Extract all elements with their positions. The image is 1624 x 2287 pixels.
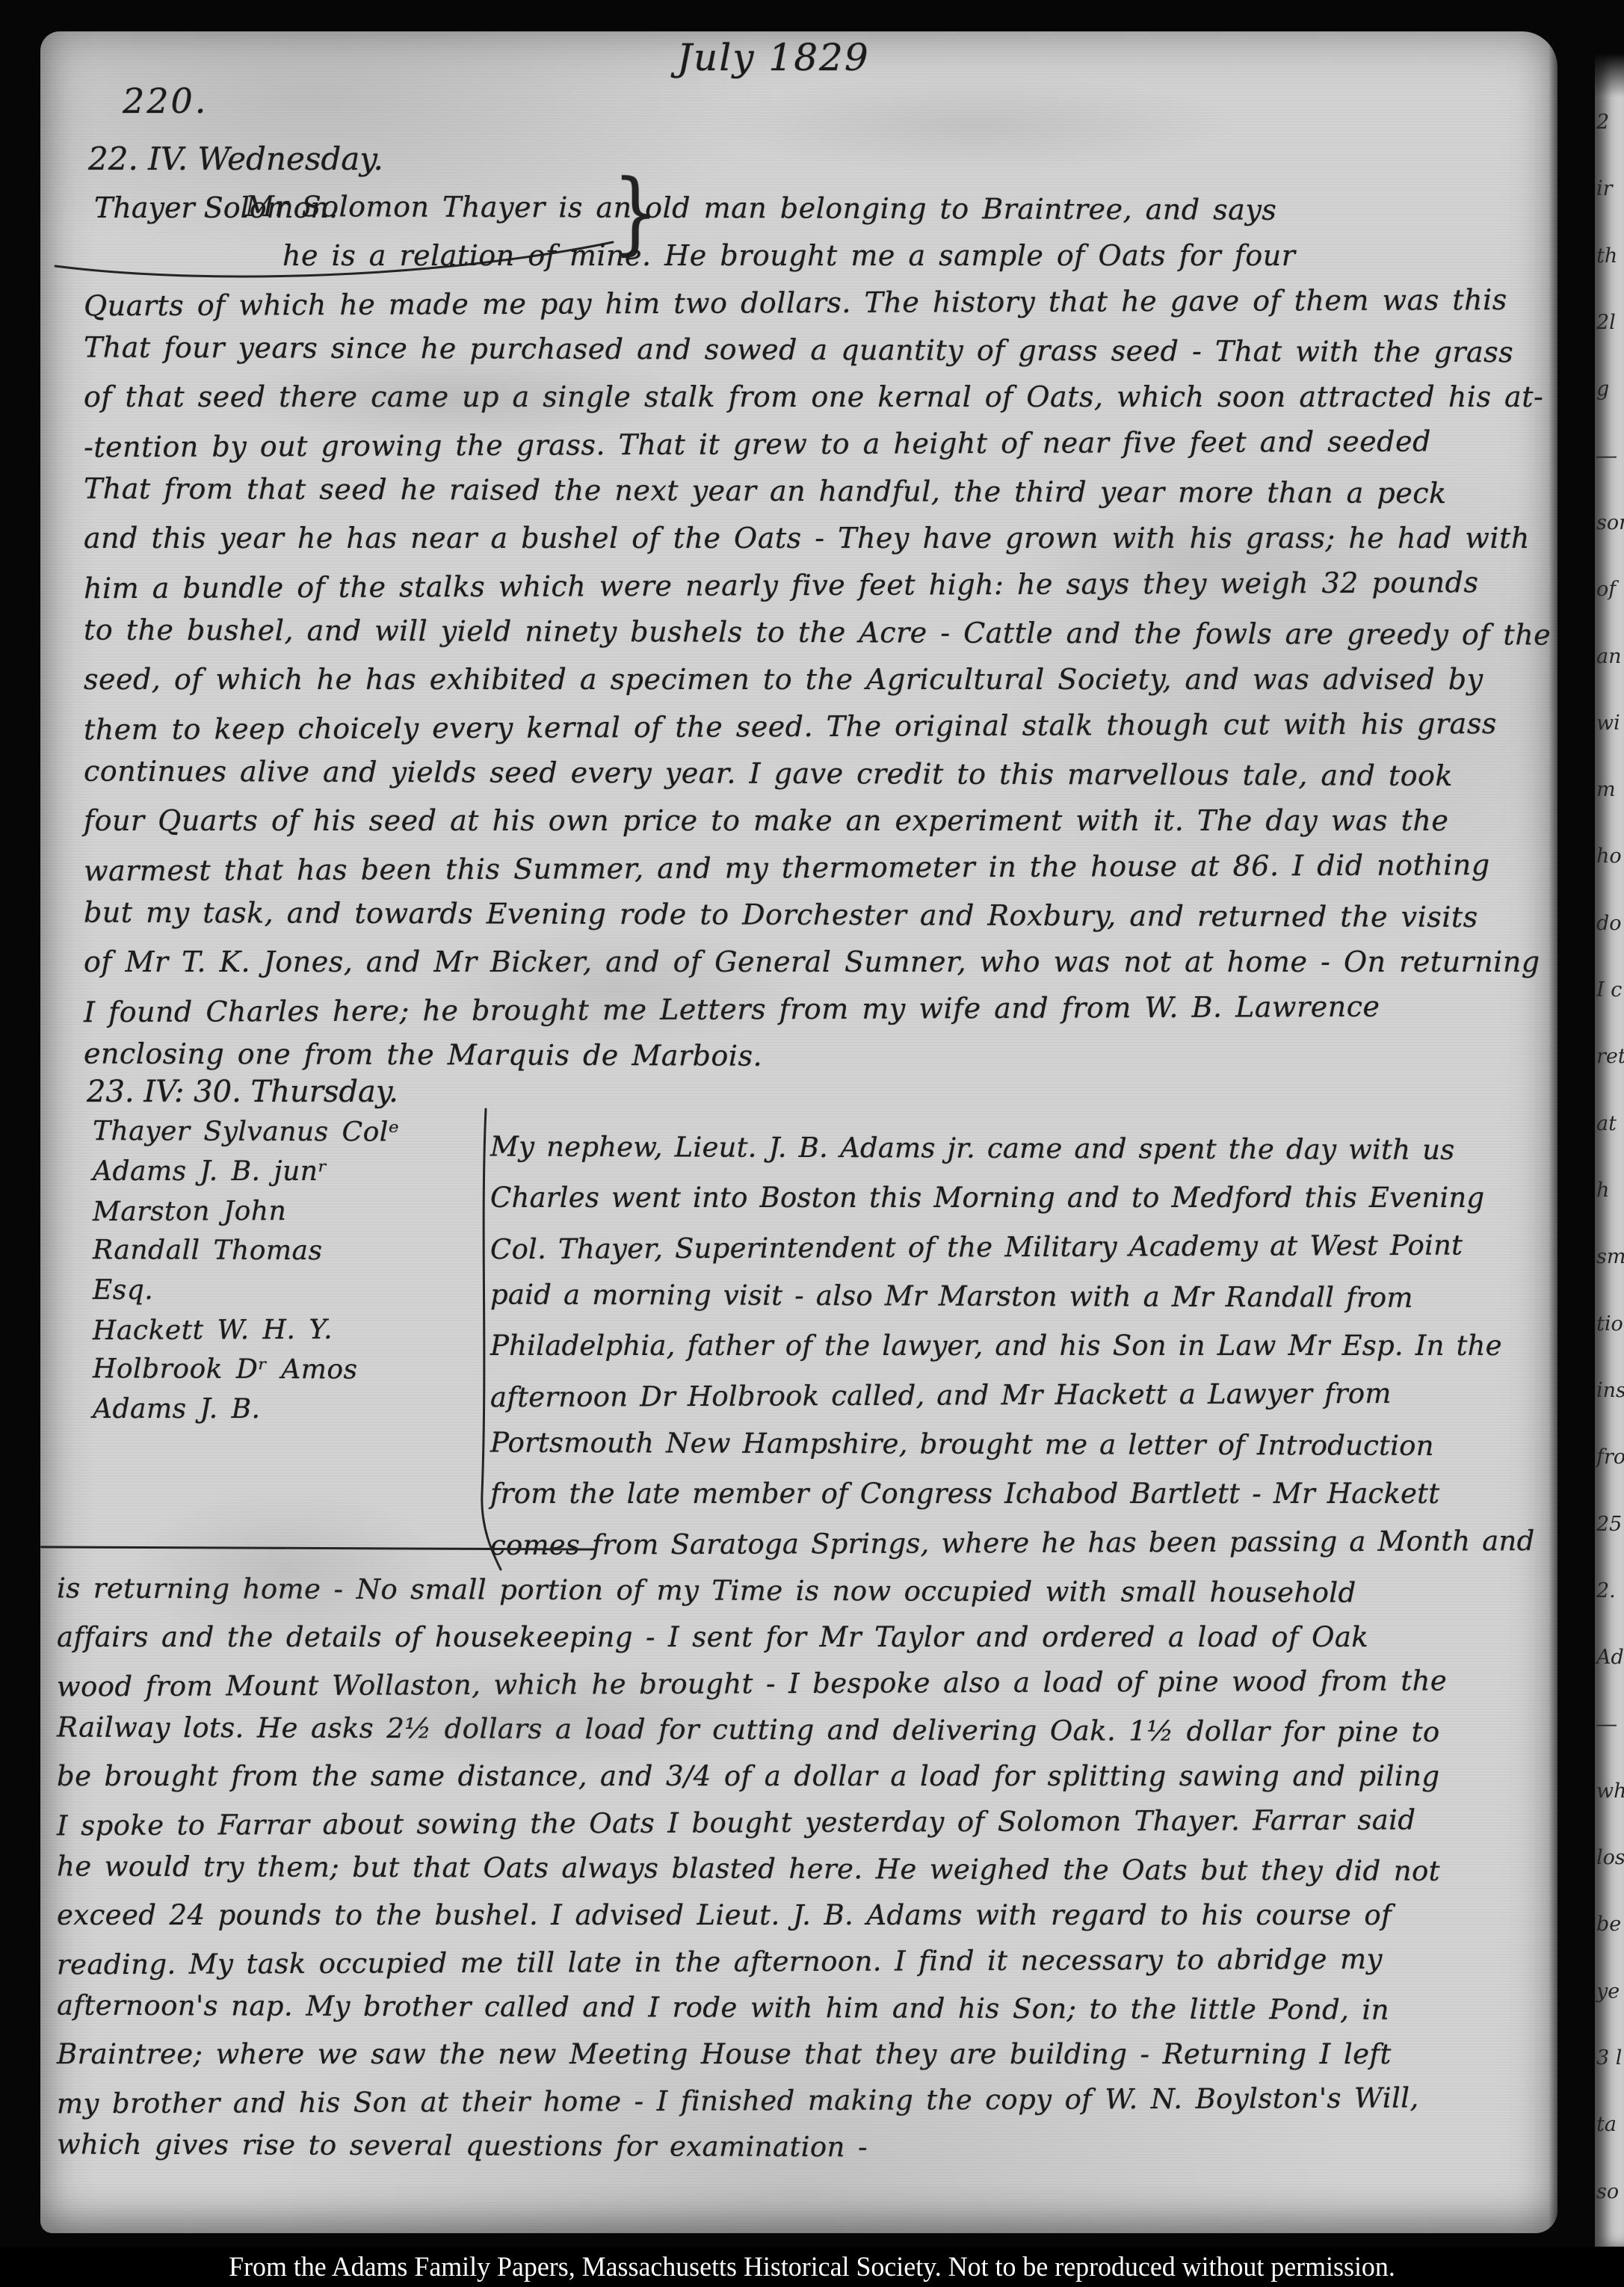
diary-text-line: afternoon's nap. My brother called and I… [57, 1983, 1552, 2034]
cutoff-text-fragment: ret [1596, 1046, 1624, 1067]
month-year-header: July 1829 [677, 36, 870, 79]
diary-text-line: is returning home - No small portion of … [57, 1566, 1552, 1617]
cutoff-text-fragment: I c [1596, 980, 1624, 1000]
cutoff-text-fragment: 2 [1596, 112, 1624, 132]
cutoff-text-fragment: at [1596, 1114, 1624, 1134]
diary-text-line: I spoke to Farrar about sowing the Oats … [57, 1797, 1552, 1850]
entry-2-date-heading: 23. IV: 30. Thursday. [87, 1075, 398, 1109]
diary-text-line: him a bundle of the stalks which were ne… [84, 559, 1549, 613]
diary-text-line: he is a relation of mine. He brought me … [282, 232, 1549, 280]
diary-text-line: That four years since he purchased and s… [84, 324, 1549, 377]
diary-text-line: Col. Thayer, Superintendent of the Milit… [490, 1220, 1552, 1274]
diary-text-line: Braintree; where we saw the new Meeting … [57, 2031, 1552, 2078]
credit-banner: From the Adams Family Papers, Massachuse… [0, 2247, 1624, 2287]
cutoff-text-fragment: ho [1596, 846, 1624, 866]
cutoff-text-fragment: tio [1596, 1314, 1624, 1334]
margin-index-name: Thayer Sylvanus Colᵉ [93, 1111, 481, 1152]
diary-text-line: Charles went into Boston this Morning an… [490, 1173, 1552, 1223]
ink-showthrough-smudge [713, 76, 1236, 173]
book-gutter-shadow [1549, 0, 1598, 2247]
diary-text-line: paid a morning visit - also Mr Marston w… [490, 1271, 1552, 1324]
cutoff-text-fragment: 2l [1596, 312, 1624, 333]
diary-text-line: be brought from the same distance, and 3… [57, 1753, 1552, 1800]
scanned-diary-photo: 220. July 1829 22. IV. Wednesday. Thayer… [0, 0, 1624, 2287]
cutoff-text-fragment: h [1596, 1180, 1624, 1200]
margin-index-name: Adams J. B. junʳ [93, 1152, 481, 1191]
diary-text-line: of Mr T. K. Jones, and Mr Bicker, and of… [84, 939, 1549, 986]
diary-text-line: to the bushel, and will yield ninety bus… [84, 607, 1549, 659]
diary-text-line: from the late member of Congress Ichabod… [490, 1469, 1552, 1519]
diary-text-line: them to keep choicely every kernal of th… [84, 700, 1549, 754]
credit-text: From the Adams Family Papers, Massachuse… [229, 2251, 1395, 2283]
diary-text-line: -tention by out growing the grass. That … [84, 418, 1549, 472]
cutoff-text-fragment: ins [1596, 1380, 1624, 1401]
entry-2-margin-index: Thayer Sylvanus ColᵉAdams J. B. junʳMars… [93, 1112, 481, 1429]
entry-2-column-text: My nephew, Lieut. J. B. Adams jr. came a… [490, 1124, 1552, 1568]
margin-index-name: Adams J. B. [93, 1389, 481, 1429]
cutoff-text-fragment: son [1596, 513, 1624, 533]
diary-text-line: Portsmouth New Hampshire, brought me a l… [490, 1419, 1552, 1472]
diary-text-line: My nephew, Lieut. J. B. Adams jr. came a… [490, 1123, 1552, 1176]
cutoff-text-fragment: of [1596, 579, 1624, 599]
diary-text-line: comes from Saratoga Springs, where he ha… [490, 1516, 1552, 1570]
cutoff-text-fragment: wh [1596, 1781, 1624, 1801]
entry-2-full-width-text: is returning home - No small portion of … [57, 1568, 1552, 2170]
margin-index-name: Esq. [93, 1271, 481, 1310]
cutoff-text-fragment: an [1596, 646, 1624, 667]
cutoff-text-fragment: 3 l [1596, 2048, 1624, 2068]
diary-text-line: he would try them; but that Oats always … [57, 1844, 1552, 1895]
diary-text-line: Railway lots. He asks 2½ dollars a load … [57, 1705, 1552, 1756]
cutoff-text-fragment: ir [1596, 179, 1624, 199]
diary-text-line: Quarts of which he made me pay him two d… [84, 277, 1549, 330]
entry-1-text: Mr Solomon Thayer is an old man belongin… [84, 185, 1549, 1080]
cutoff-text-fragment: los [1596, 1848, 1624, 1868]
cutoff-text-fragment: fro [1596, 1447, 1624, 1467]
cutoff-text-fragment: so [1596, 2182, 1624, 2202]
diary-text-line: my brother and his Son at their home - I… [57, 2075, 1552, 2128]
cutoff-text-fragment: sm [1596, 1247, 1624, 1267]
diary-text-line: I found Charles here; he brought me Lett… [84, 983, 1549, 1037]
diary-text-line: seed, of which he has exhibited a specim… [84, 656, 1549, 703]
entry-1-date-heading: 22. IV. Wednesday. [88, 141, 383, 177]
cutoff-text-fragment: g [1596, 379, 1624, 399]
cutoff-text-fragment: Ad [1596, 1647, 1624, 1667]
cutoff-text-fragment: ta [1596, 2114, 1624, 2135]
margin-index-name: Hackett W. H. Y. [93, 1309, 481, 1351]
diary-text-line: but my task, and towards Evening rode to… [84, 889, 1549, 942]
cutoff-text-fragment: ye [1596, 1981, 1624, 2001]
margin-index-name: Holbrook Dʳ Amos [93, 1349, 481, 1390]
diary-text-line: Philadelphia, father of the lawyer, and … [490, 1321, 1552, 1371]
facing-page-edge: 2irth2lg―sonofanwimhodoI cretathsmtioins… [1595, 0, 1624, 2247]
cutoff-text-fragment: 2. [1596, 1581, 1624, 1601]
diary-text-line: That from that seed he raised the next y… [84, 466, 1549, 518]
diary-text-line: four Quarts of his seed at his own price… [84, 797, 1549, 845]
diary-text-line: which gives rise to several questions fo… [57, 2122, 1552, 2173]
cutoff-text-fragment: be [1596, 1914, 1624, 1934]
diary-text-line: exceed 24 pounds to the bushel. I advise… [57, 1892, 1552, 1939]
diary-text-line: continues alive and yields seed every ye… [84, 748, 1549, 800]
diary-text-line: reading. My task occupied me till late i… [57, 1936, 1552, 1989]
cutoff-text-fragment: do [1596, 913, 1624, 933]
cutoff-text-fragment: th [1596, 246, 1624, 266]
diary-text-line: wood from Mount Wollaston, which he brou… [57, 1658, 1552, 1711]
page-number: 220. [123, 81, 208, 121]
diary-text-line: Mr Solomon Thayer is an old man belongin… [245, 183, 1549, 235]
cutoff-text-fragment: m [1596, 780, 1624, 800]
diary-text-line: afternoon Dr Holbrook called, and Mr Hac… [490, 1368, 1552, 1422]
cutoff-text-fragment: ― [1596, 1715, 1624, 1735]
diary-text-line: and this year he has near a bushel of th… [84, 515, 1549, 562]
diary-text-line: of that seed there came up a single stal… [84, 374, 1549, 421]
diary-page: 220. July 1829 22. IV. Wednesday. Thayer… [40, 31, 1557, 2233]
diary-text-line: affairs and the details of housekeeping … [57, 1614, 1552, 1661]
diary-text-line: warmest that has been this Summer, and m… [84, 842, 1549, 895]
margin-index-name: Randall Thomas [93, 1230, 481, 1271]
cutoff-text-fragment: ― [1596, 446, 1624, 466]
cutoff-text-fragment: 25. [1596, 1514, 1624, 1534]
margin-index-name: Marston John [93, 1191, 481, 1232]
cutoff-text-fragment: wi [1596, 713, 1624, 733]
